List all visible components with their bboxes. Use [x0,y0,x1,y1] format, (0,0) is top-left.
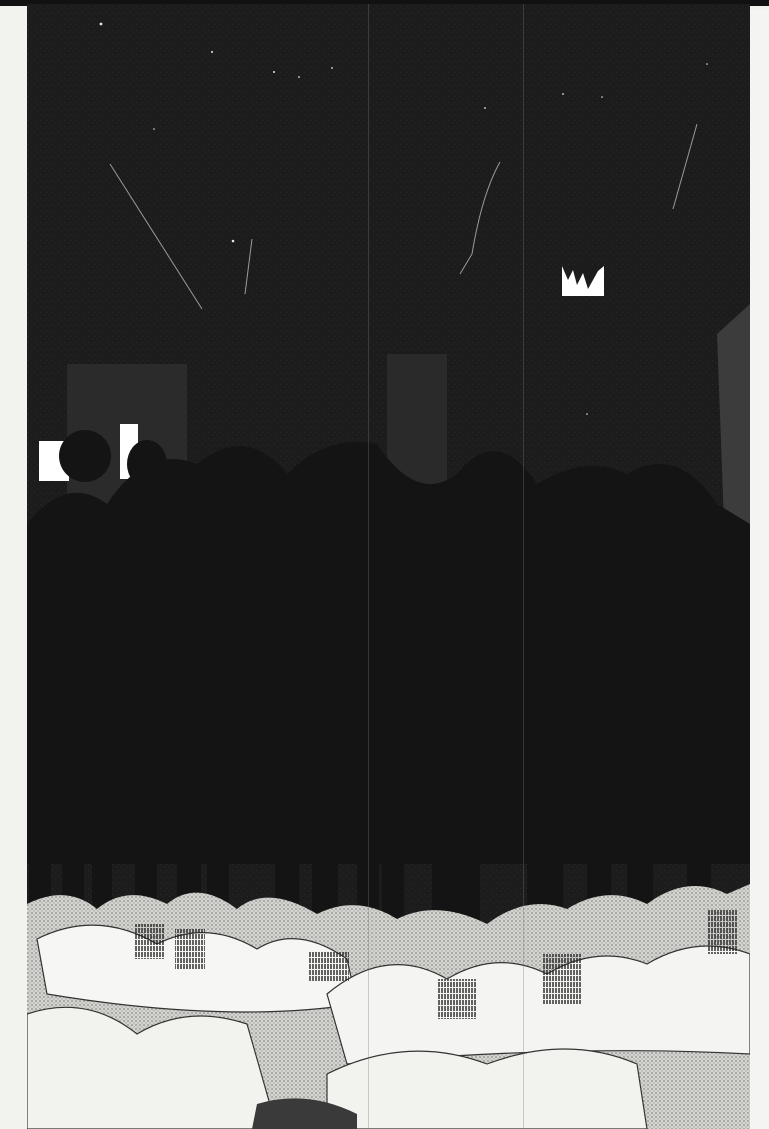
illustration-panel [27,4,750,1129]
cloud-floor [27,884,750,1129]
scan-line [368,4,369,1129]
manga-page [0,0,769,1129]
scan-line [523,4,524,1129]
page-margin-right [750,10,769,1129]
silhouette-crowd [27,442,750,864]
illustration-art [27,4,750,1129]
